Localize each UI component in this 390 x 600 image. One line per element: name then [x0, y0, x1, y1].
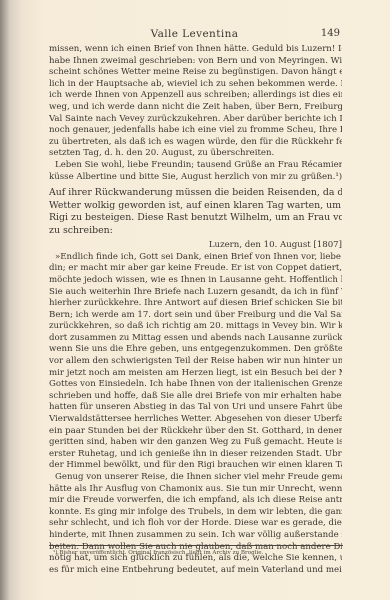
- text-line: Auf ihrer Rückwanderung müssen die beide…: [49, 187, 342, 200]
- page-body: missen, wenn ich einen Brief von Ihnen h…: [49, 44, 342, 576]
- text-line: mir die Freude vorwerfen, die ich empfan…: [49, 495, 342, 507]
- text-line: Vierwaldstättersee herrliches Wetter. Ab…: [49, 414, 342, 426]
- text-line: schrieben und hoffe, daß Sie alle drei B…: [49, 391, 342, 403]
- letter-dateline: Luzern, den 10. August [1807]: [49, 240, 342, 252]
- text-line: Genug von unserer Reise, die Ihnen siche…: [49, 472, 342, 484]
- text-line: zu übertreten, als daß ich es wagen würd…: [49, 137, 342, 149]
- text-line: scheint schönes Wetter meine Reise zu be…: [49, 67, 342, 79]
- text-line: Gottes von Einsiedeln. Ich habe Ihnen vo…: [49, 379, 342, 391]
- text-line: mir jetzt noch am meisten am Herzen lieg…: [49, 368, 342, 380]
- text-line: setzten Tag, d. h. den 20. August, zu üb…: [49, 148, 342, 160]
- text-line: hinderte, mit Ihnen zusammen zu sein. Ic…: [49, 530, 342, 542]
- footnote: ¹) Bisher unveröffentlicht. Original fra…: [53, 550, 263, 556]
- text-line: vor allem den schwierigsten Teil der Rei…: [49, 356, 342, 368]
- text-line: geritten sind, haben wir den ganzen Weg …: [49, 437, 342, 449]
- text-line: wenn Sie uns die Ehre geben, uns entgege…: [49, 344, 342, 356]
- text-line: der Himmel bewölkt, und für den Rigi bra…: [49, 460, 342, 472]
- text-line: es für mich eine Entbehrung bedeutet, au…: [49, 565, 342, 577]
- text-line: hatten für unseren Abstieg in das Tal vo…: [49, 402, 342, 414]
- text-line: konnte. Es ging mir infolge des Trubels,…: [49, 507, 342, 519]
- text-line: din; er macht mir aber gar keine Freude.…: [49, 263, 342, 275]
- text-line: »Endlich finde ich, Gott sei Dank, einen…: [49, 252, 342, 264]
- narrative-paragraph: Auf ihrer Rückwanderung müssen die beide…: [49, 187, 342, 237]
- text-line: dort zusammen zu Mittag essen und abends…: [49, 333, 342, 345]
- page-number: 149: [321, 28, 340, 39]
- text-line: noch genauer, jedenfalls habe ich eine v…: [49, 125, 342, 137]
- text-line: missen, wenn ich einen Brief von Ihnen h…: [49, 44, 342, 56]
- text-line: küsse Albertine und bitte Sie, August he…: [49, 172, 342, 184]
- footnote-divider: [49, 545, 343, 546]
- book-page: Valle Leventina 149 missen, wenn ich ein…: [0, 0, 390, 600]
- text-line: Leben Sie wohl, liebe Freundin; tausend …: [49, 160, 342, 172]
- text-line: lich in der Hauptsache ab, wieviel ich z…: [49, 79, 342, 91]
- text-line: ein paar Stunden bei der Rückkehr über d…: [49, 426, 342, 438]
- chapter-title: Valle Leventina: [49, 28, 340, 40]
- text-line: zurückkehren, so daß ich richtig am 20. …: [49, 321, 342, 333]
- text-line: sehr schlecht, und ich floh vor der Hord…: [49, 518, 342, 530]
- text-line: Wetter wolkig geworden ist, auf einen kl…: [49, 200, 342, 213]
- text-line: hierher zurückkehre. Ihre Antwort auf di…: [49, 298, 342, 310]
- text-line: Val Sainte nach Vevey zurückzukehren. Ab…: [49, 114, 342, 126]
- text-line: möchte jedoch wissen, wie es Ihnen in La…: [49, 275, 342, 287]
- text-line: hätte als Ihr Ausflug von Chamonix aus. …: [49, 484, 342, 496]
- text-line: ich werde Ihnen von Appenzell aus schrei…: [49, 90, 342, 102]
- running-header: Valle Leventina 149: [49, 28, 340, 42]
- text-line: Rigi zu besteigen. Diese Rast benutzt Wi…: [49, 212, 342, 225]
- text-line: weg, und ich werde dann nicht die Zeit h…: [49, 102, 342, 114]
- letter-1-ending: missen, wenn ich einen Brief von Ihnen h…: [49, 44, 342, 183]
- text-line: erster Ruhetag, und ich genieße ihn in d…: [49, 449, 342, 461]
- text-line: habe Ihnen zweimal geschrieben: von Bern…: [49, 56, 342, 68]
- letter-2: Luzern, den 10. August [1807] »Endlich f…: [49, 240, 342, 576]
- text-line: Sie auch weiterhin Ihre Briefe nach Luze…: [49, 287, 342, 299]
- text-line: zu schreiben:: [49, 225, 342, 238]
- text-line: Bern; ich werde am 17. dort sein und übe…: [49, 310, 342, 322]
